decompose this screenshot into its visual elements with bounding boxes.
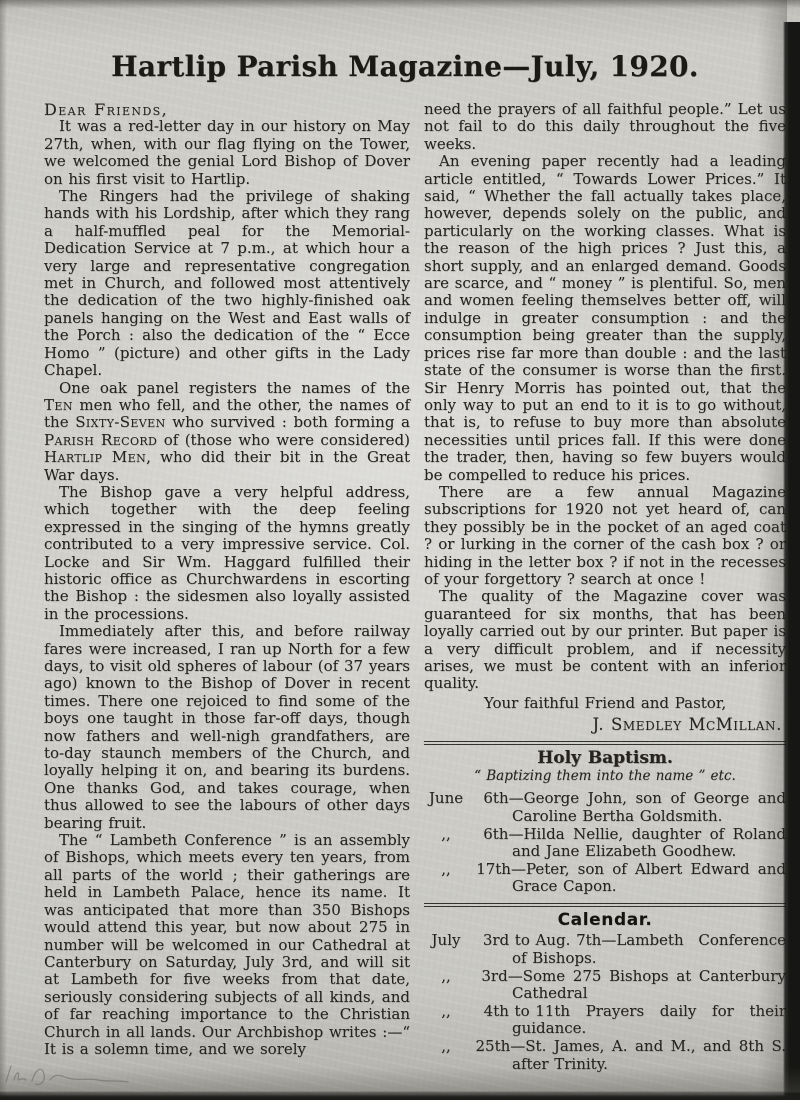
calendar-entry: ,, 3rd—Some 275 Bishops at Canterbury Ca… [424, 968, 786, 1003]
text-run: An evening paper recently had a leading … [424, 152, 786, 483]
entry-month: June [424, 790, 468, 808]
entry-separator: — [511, 860, 526, 878]
baptism-heading: Holy Baptism. [424, 750, 786, 767]
entry-month: July [424, 932, 468, 950]
paragraph: The “ Lambeth Conference ” is an assembl… [44, 832, 410, 1058]
entry-text: Some 275 Bishops at Canterbury Cathedral [512, 967, 786, 1003]
text-run: The Bishop gave a very helpful address, … [44, 483, 410, 623]
closing-line: Your faithful Friend and Pastor, [424, 695, 786, 712]
entry-month: ,, [424, 968, 468, 986]
entry-month: ,, [424, 861, 468, 879]
entry-month: ,, [424, 1003, 468, 1021]
paragraph: need the prayers of all faithful people.… [424, 101, 786, 153]
text-run: Immediately after this, and before railw… [44, 622, 410, 831]
text-run: One oak panel registers the names of the [59, 379, 410, 397]
entry-month: ,, [424, 1038, 468, 1056]
left-column: Dear Friends, It was a red-letter day in… [44, 101, 410, 1058]
text-run: who survived : both forming a [166, 413, 410, 431]
paragraph: Immediately after this, and before railw… [44, 623, 410, 832]
entry-separator [570, 1002, 586, 1020]
paragraph: The quality of the Magazine cover was gu… [424, 588, 786, 692]
entry-text: George John, son of George and Caroline … [512, 789, 786, 825]
calendar-entry: ,, 4th to 11th Prayers daily for their g… [424, 1003, 786, 1038]
scan-edge-left [0, 0, 7, 1100]
right-paragraphs: need the prayers of all faithful people.… [424, 101, 786, 693]
text-run: Hartlip Men [44, 448, 146, 466]
text-run: of (those who were considered) [157, 431, 410, 449]
entry-day: 17th [476, 861, 511, 879]
paragraph: The Ringers had the privilege of shaking… [44, 188, 410, 379]
baptism-entries: June 6th—George John, son of George and … [424, 790, 786, 896]
text-run: The “ Lambeth Conference ” is an assembl… [44, 831, 410, 1058]
text-run: There are a few annual Magazine subscrip… [424, 483, 786, 588]
entry-day: 3rd [476, 968, 508, 986]
signature: J. Smedley McMillan. [424, 716, 786, 733]
entry-text: Peter, son of Albert Edward and Grace Ca… [512, 860, 786, 896]
calendar-heading: Calendar. [424, 912, 786, 929]
scan-edge-bottom [0, 1091, 800, 1100]
salutation: Dear Friends, [44, 101, 410, 118]
right-column: need the prayers of all faithful people.… [424, 101, 786, 1073]
entry-separator: — [509, 789, 524, 807]
calendar-section: Calendar. July 3rd to Aug. 7th—Lambeth C… [424, 912, 786, 1073]
divider [424, 741, 786, 745]
text-run: The quality of the Magazine cover was gu… [424, 587, 786, 692]
entry-day: 6th [476, 826, 508, 844]
entry-separator: — [510, 1037, 525, 1055]
paragraph: An evening paper recently had a leading … [424, 153, 786, 484]
paragraph: It was a red-letter day in our history o… [44, 118, 410, 188]
entry-separator: — [508, 825, 523, 843]
baptism-entry: ,, 17th—Peter, son of Albert Edward and … [424, 861, 786, 896]
text-run: need the prayers of all faithful people.… [424, 100, 786, 153]
entry-separator: — [601, 931, 616, 949]
left-paragraphs: It was a red-letter day in our history o… [44, 118, 410, 1058]
divider [424, 903, 786, 907]
text-run: Ten [44, 396, 73, 414]
magazine-page: { "page_title": "Hartlip Parish Magazine… [0, 0, 800, 1100]
baptism-entry: ,, 6th—Hilda Nellie, daughter of Roland … [424, 826, 786, 861]
entry-day: 3rd to Aug. 7th [483, 932, 601, 950]
entry-day: 4th to 11th [484, 1003, 570, 1021]
calendar-entry: ,, 25th—St. James, A. and M., and 8th S.… [424, 1038, 786, 1073]
paragraph: One oak panel registers the names of the… [44, 380, 410, 484]
text-run: Sixty-Seven [75, 413, 165, 431]
baptism-section: Holy Baptism. “ Baptizing them into the … [424, 750, 786, 896]
text-run: Parish Record [44, 431, 157, 449]
paragraph: The Bishop gave a very helpful address, … [44, 484, 410, 623]
text-run: It was a red-letter day in our history o… [44, 117, 410, 187]
entry-day: 25th [476, 1038, 511, 1056]
calendar-entry: July 3rd to Aug. 7th—Lambeth Conference … [424, 932, 786, 967]
baptism-subheading: “ Baptizing them into the name ” etc. [424, 768, 786, 785]
entry-text: Hilda Nellie, daughter of Roland and Jan… [512, 825, 786, 861]
entry-day: 6th [477, 790, 509, 808]
baptism-entry: June 6th—George John, son of George and … [424, 790, 786, 825]
pencil-scrawl [2, 1056, 142, 1092]
text-run: The Ringers had the privilege of shaking… [44, 187, 410, 379]
entry-separator: — [508, 967, 523, 985]
paragraph: There are a few annual Magazine subscrip… [424, 484, 786, 588]
entry-text: St. James, A. and M., and 8th S. after T… [512, 1037, 786, 1073]
page-title: Hartlip Parish Magazine—July, 1920. [40, 50, 770, 83]
calendar-entries: July 3rd to Aug. 7th—Lambeth Conference … [424, 932, 786, 1073]
entry-month: ,, [424, 826, 468, 844]
scan-edge-top [0, 0, 800, 9]
